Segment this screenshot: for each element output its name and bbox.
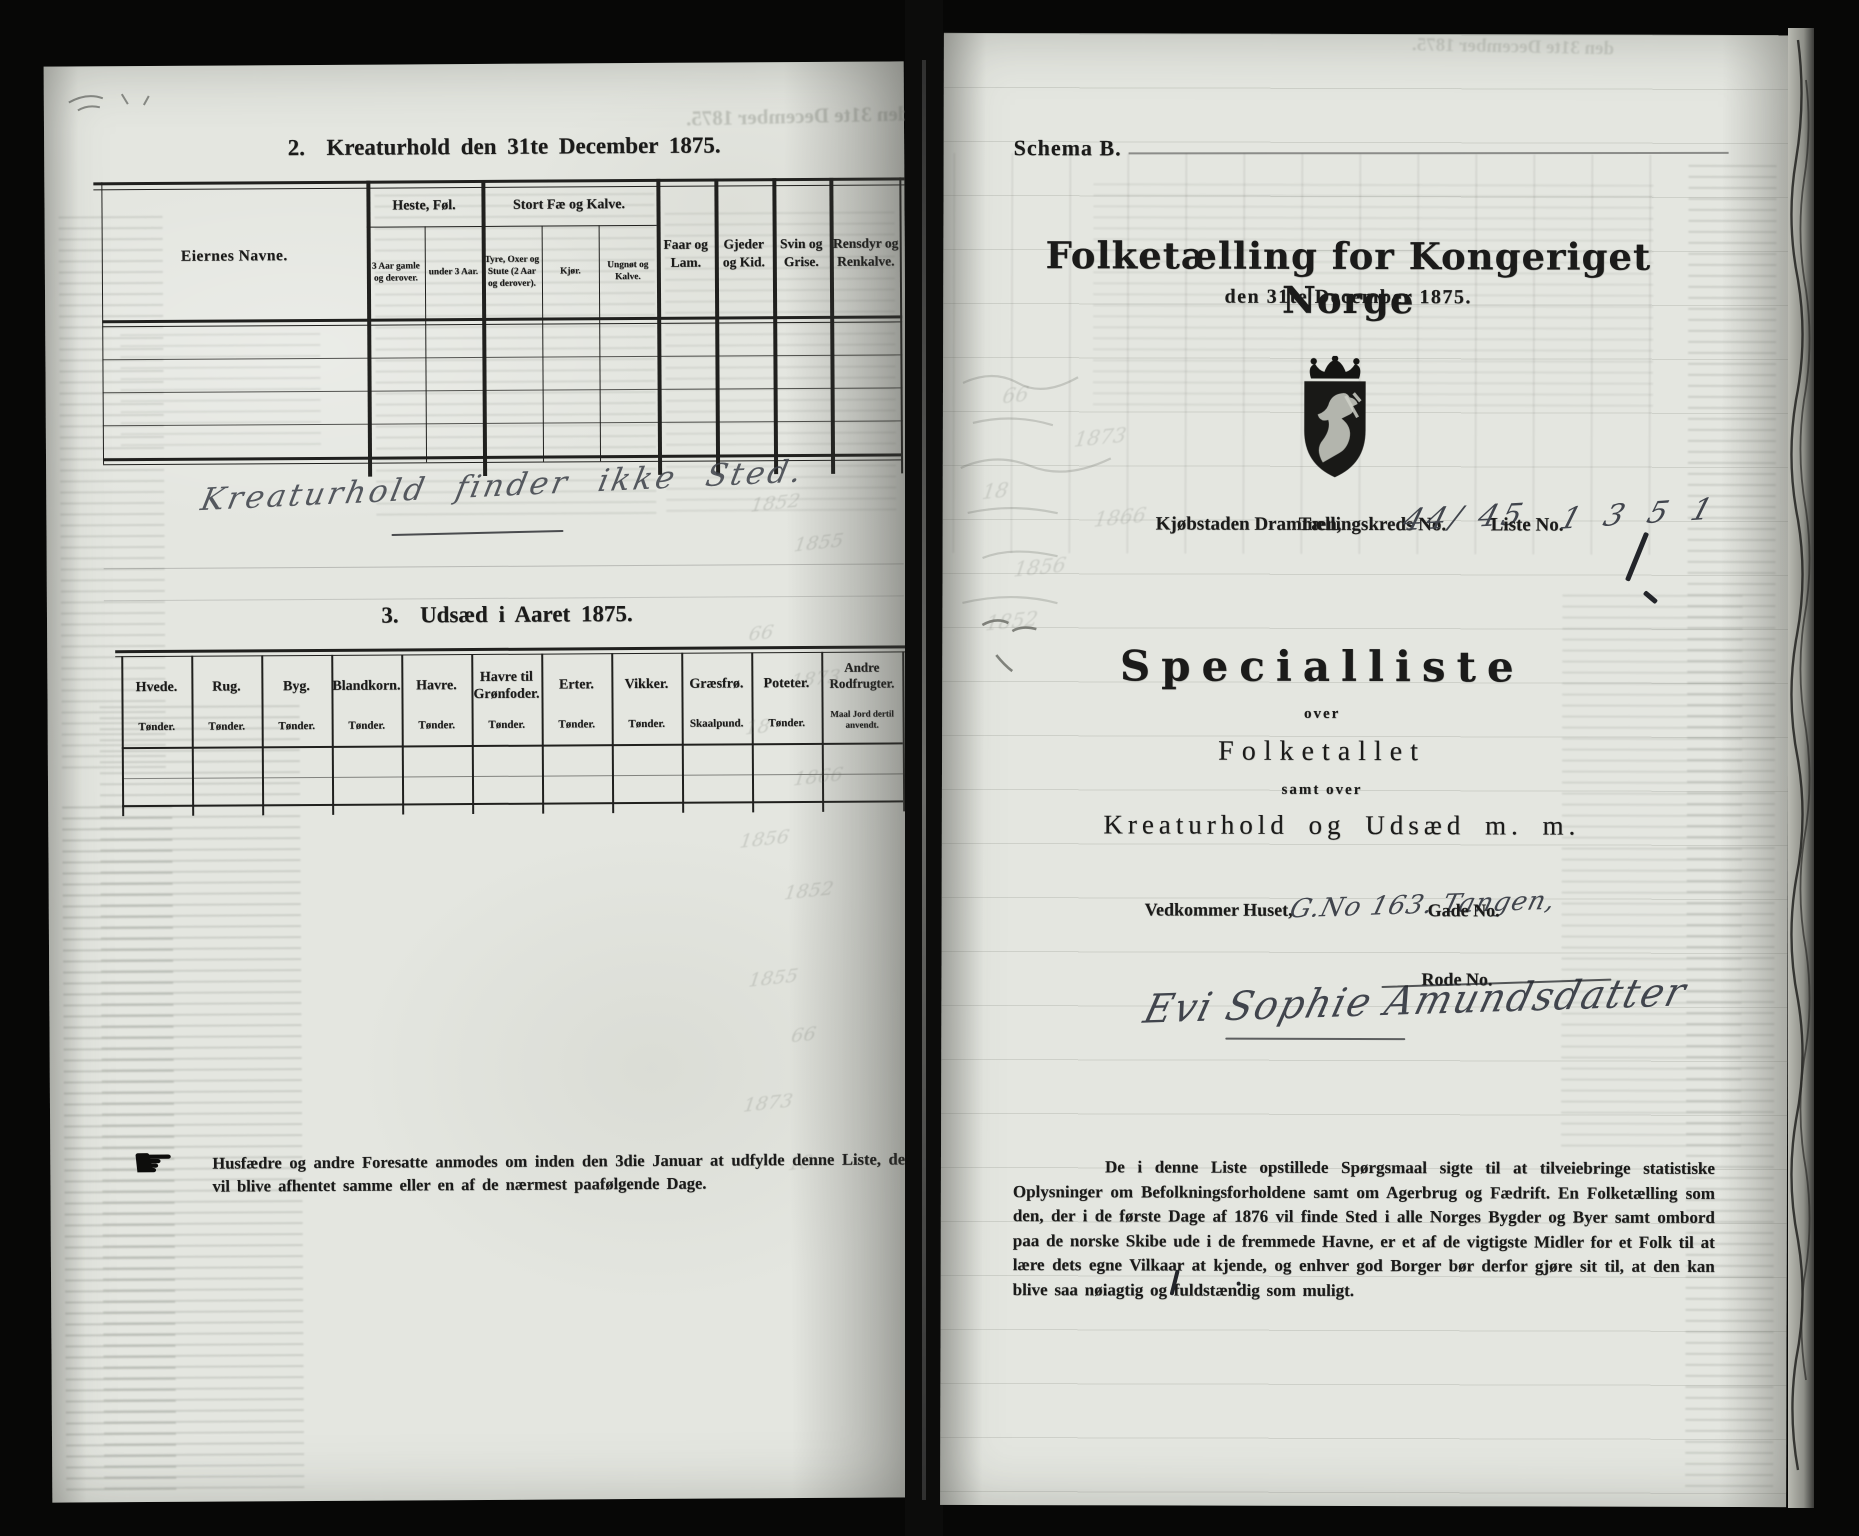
section2-title: 2. Kreaturhold den 31te December 1875. <box>154 132 854 162</box>
bleedthrough-handwritten-number: 66 <box>790 1023 818 1048</box>
table-column-header: Rug. <box>193 661 259 713</box>
bleedthrough-mirrored-date: den 31te December 1875. <box>1412 34 1615 60</box>
table-column-unit: Tønder. <box>123 716 191 740</box>
bleedthrough-text-block <box>100 705 305 1496</box>
table-column-header: Byg. <box>263 661 329 713</box>
table-subheader: Tyre, Oxer og Stute (2 Aar og derover). <box>483 230 542 314</box>
bleedthrough-handwritten-number: 18 <box>787 1151 815 1176</box>
table-column-unit: Tønder. <box>403 714 471 738</box>
schema-label: Schema B. <box>1014 135 1122 161</box>
table-column-header: Havre til Grønfoder. <box>473 660 539 712</box>
norwegian-lion-crest-icon <box>1295 356 1375 484</box>
house-label: Vedkommer Huset, <box>1145 899 1293 920</box>
table-column-header: Hvede. <box>123 662 189 714</box>
bleedthrough-handwritten-number: 66 <box>1001 382 1030 408</box>
table-column-unit: Tønder. <box>333 714 401 738</box>
bleedthrough-mirrored-date: den 31te December 1875. <box>686 101 910 131</box>
table-column-line <box>481 180 486 476</box>
bleedthrough-handwritten-number: 1856 <box>738 826 790 853</box>
table-group-header: Stort Fæ og Kalve. <box>481 189 656 222</box>
table-subheader: Kjør. <box>543 229 599 313</box>
table-group-header: Gjeder og Kid. <box>716 200 771 306</box>
table-column-unit: Skaalpund. <box>683 712 751 736</box>
bleedthrough-cell-text <box>120 333 321 454</box>
table-subheader: 3 Aar gamle og derover. <box>368 230 425 314</box>
kreaturhold-table: Eiernes Navne.Heste, Føl.3 Aar gamle og … <box>101 177 903 464</box>
table-column-header: Blandkorn. <box>333 660 399 712</box>
heading-kreaturhold: Kreaturhold og Udsæd m. m. <box>1002 809 1682 842</box>
table-group-header: Faar og Lam. <box>658 201 713 307</box>
scanned-census-spread: den 31te December 1875. 2. Kreaturhold d… <box>0 0 1859 1536</box>
bleedthrough-handwritten-number: 66 <box>747 621 775 646</box>
table-column-header: Vikker. <box>613 659 679 711</box>
heading-samt-over: samt over <box>1022 781 1622 800</box>
table-column-unit: Tønder. <box>613 713 681 737</box>
house-value-handwritten: G.No 163. Tangen, <box>1287 886 1560 924</box>
header-rule <box>1129 152 1729 154</box>
faint-rule <box>104 563 904 569</box>
bleedthrough-handwritten-number: 18 <box>981 478 1010 504</box>
bleedthrough-handwritten-number: 1873 <box>742 1090 794 1117</box>
table-subheader: under 3 Aar. <box>426 230 482 314</box>
pen-scribble-marks <box>64 80 214 121</box>
gade-label: Gade No. <box>1428 900 1500 921</box>
manicule-icon: ☛ <box>131 1138 175 1188</box>
table-column-unit: Tønder. <box>473 714 541 738</box>
table-column-unit: Tønder. <box>543 713 611 737</box>
bleedthrough-handwritten-number: 1852 <box>749 490 801 517</box>
right-page: den 31te December 1875. Schema B. Folket… <box>940 33 1790 1507</box>
table-column-header: Erter. <box>543 659 609 711</box>
signature-rule <box>1225 1038 1405 1040</box>
table-row-rule <box>122 773 903 779</box>
table-column-unit: Maal Jord dertil anvendt. <box>823 701 902 737</box>
table-column-unit: Tønder. <box>193 715 261 739</box>
table-name-header: Eiernes Navne. <box>101 201 367 313</box>
census-date-line: den 31te December 1875. <box>1003 285 1693 310</box>
table-group-header: Heste, Føl. <box>366 190 481 223</box>
table-column-header: Havre. <box>403 660 469 712</box>
bleedthrough-handwritten-number: 1855 <box>793 529 845 556</box>
heading-over: over <box>1022 705 1622 724</box>
left-page: den 31te December 1875. 2. Kreaturhold d… <box>44 61 913 1502</box>
table-group-header: Rensdyr og Renkalve. <box>831 199 900 305</box>
table-column-line <box>366 181 371 477</box>
table-rule <box>122 742 903 749</box>
table-rule <box>482 225 657 227</box>
pen-dot <box>1237 1282 1241 1286</box>
bleedthrough-handwritten-number: 18 <box>744 715 772 740</box>
info-paragraph: De i denne Liste opstillede Spørgsmaal s… <box>1013 1155 1715 1304</box>
heading-specialliste: Specialliste <box>1022 641 1622 692</box>
table-border <box>900 177 904 473</box>
table-column-header: Græsfrø. <box>683 658 749 710</box>
table-rule <box>122 800 903 807</box>
udsaed-table: Hvede.Tønder.Rug.Tønder.Byg.Tønder.Bland… <box>121 645 903 810</box>
table-subheader: Ungnøt og Kalve. <box>600 229 657 313</box>
handwritten-underline <box>391 530 563 536</box>
heading-folketallet: Folketallet <box>1022 735 1622 769</box>
bleedthrough-handwritten-number: 1852 <box>783 877 835 904</box>
liste-label: Liste No. <box>1491 514 1564 536</box>
table-group-header: Svin og Grise. <box>774 200 828 306</box>
table-column-unit: Tønder. <box>263 715 331 739</box>
bleedthrough-handwritten-number: 1855 <box>747 965 799 992</box>
gutter-highlight <box>922 60 926 1500</box>
binding-stitch-threads <box>1786 0 1820 1536</box>
